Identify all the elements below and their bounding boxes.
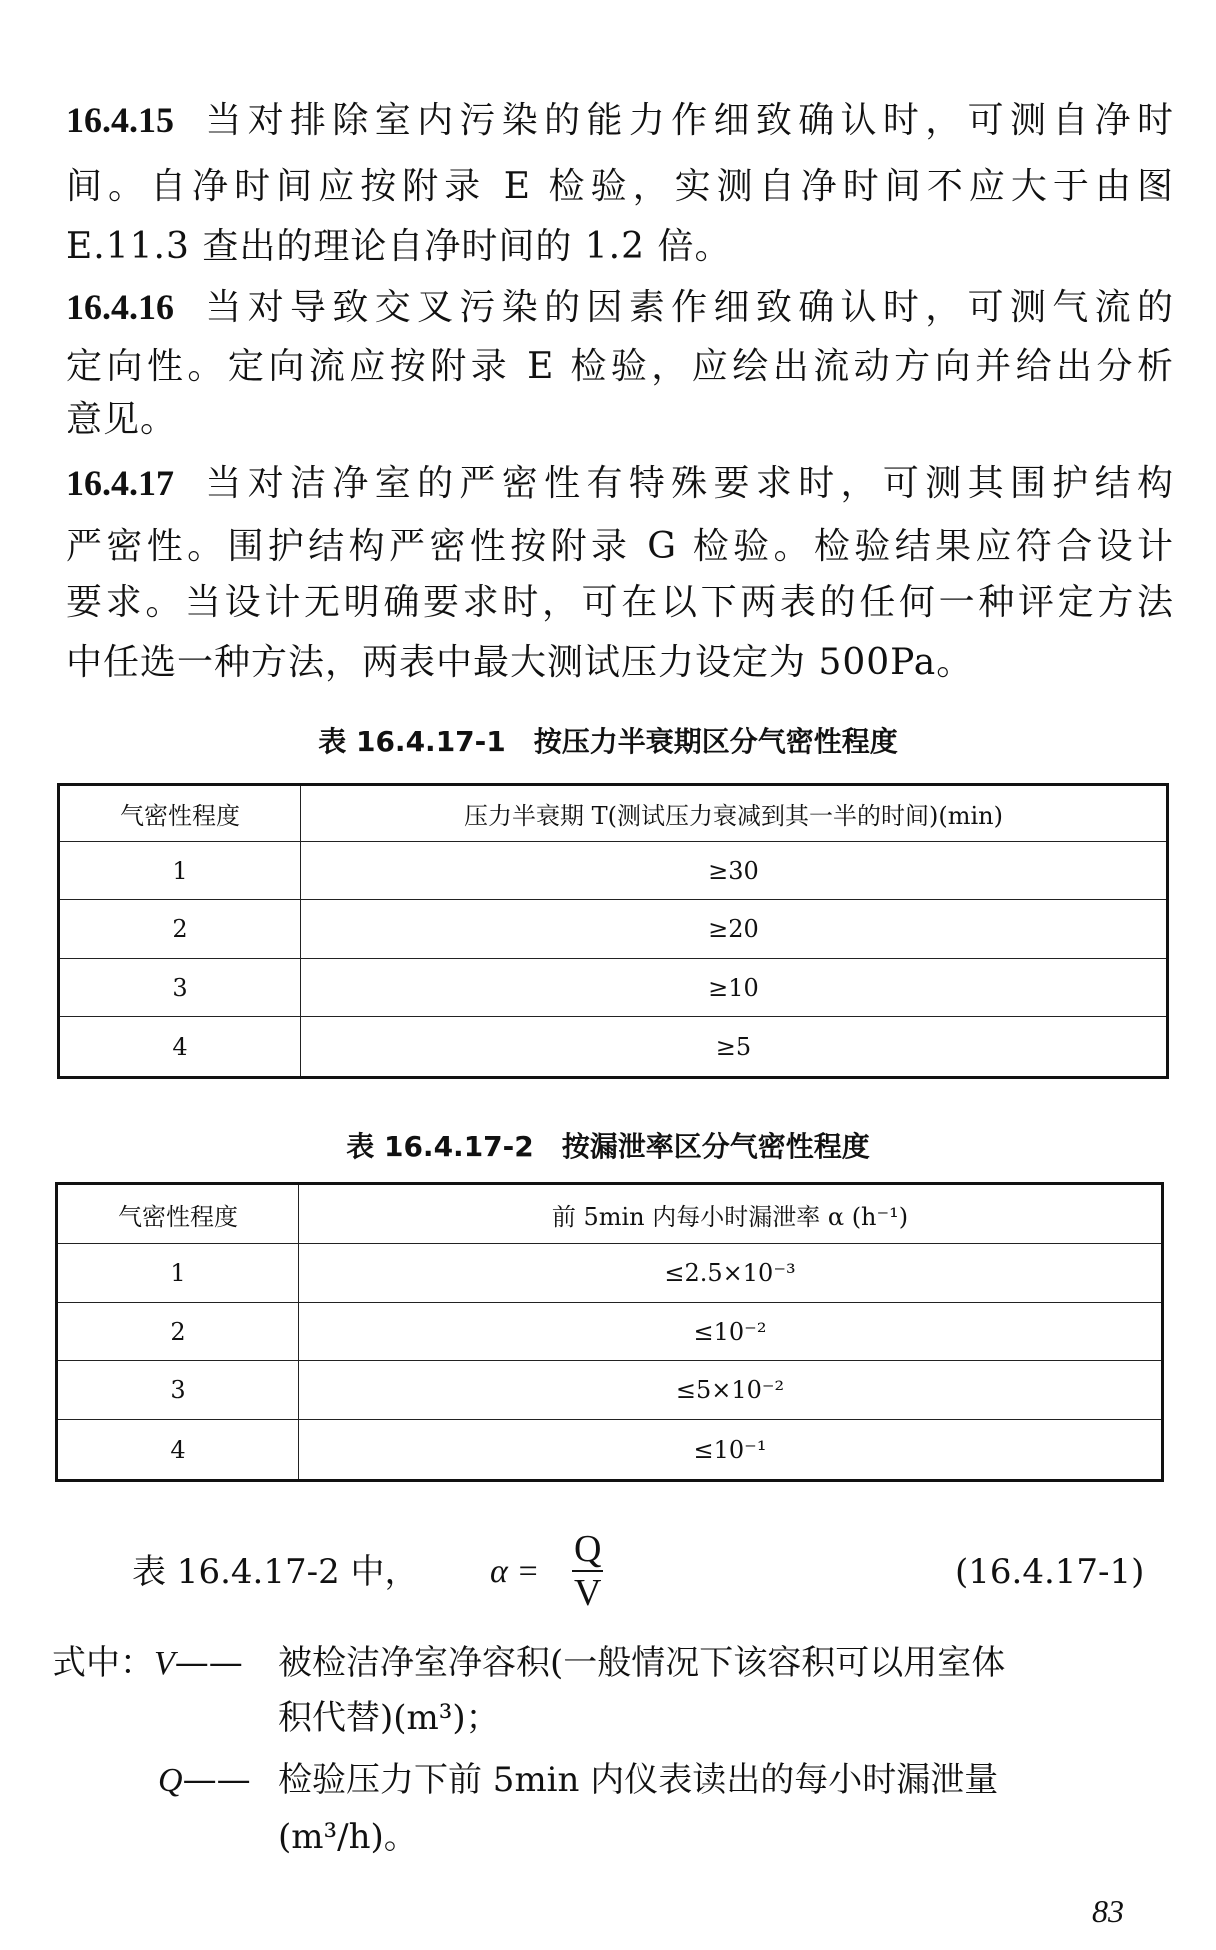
table-row: 4≥5 [59, 1017, 1168, 1078]
para-16-4-15-line-1: 16.4.15当对排除室内污染的能力作细致确认时，可测自净时 [66, 98, 1174, 143]
table-row: 2≥20 [59, 900, 1168, 958]
table-pressure-half-life: 气密性程度 压力半衰期 T(测试压力衰减到其一半的时间)(min) 1≥30 2… [57, 783, 1169, 1079]
table1-header-half-life: 压力半衰期 T(测试压力衰减到其一半的时间)(min) [301, 785, 1168, 842]
table-row: 3≤5×10⁻² [57, 1361, 1163, 1420]
table1-header-level: 气密性程度 [59, 785, 301, 842]
symbol-v: V [154, 1645, 175, 1682]
formula-label: (16.4.17-1) [955, 1550, 1144, 1594]
table2-header-leakage: 前 5min 内每小时漏泄率 α (h⁻¹) [299, 1184, 1163, 1244]
para-16-4-15-line-3: E.11.3 查出的理论自净时间的 1.2 倍。 [66, 225, 1174, 269]
table-row: 4≤10⁻¹ [57, 1420, 1163, 1481]
symbol-q: Q [158, 1762, 183, 1799]
para-16-4-17-line-2: 严密性。围护结构严密性按附录 G 检验。检验结果应符合设计 [66, 525, 1174, 569]
formula-intro: 表 16.4.17-2 中， [132, 1550, 419, 1594]
para-16-4-17-line-1: 16.4.17当对洁净室的严密性有特殊要求时，可测其围护结构 [66, 461, 1174, 506]
page-number: 83 [1092, 1893, 1124, 1930]
table-leakage-rate: 气密性程度 前 5min 内每小时漏泄率 α (h⁻¹) 1≤2.5×10⁻³ … [55, 1182, 1164, 1482]
table1-caption: 表 16.4.17-1 按压力半衰期区分气密性程度 [0, 724, 1216, 760]
para-16-4-17-line-4: 中任选一种方法，两表中最大测试压力设定为 500Pa。 [66, 641, 1174, 685]
formula-fraction: Q V [572, 1528, 603, 1614]
definitions-prefix: 式中：V—— [52, 1641, 243, 1686]
table-row: 2≤10⁻² [57, 1302, 1163, 1361]
para-16-4-17-line-3: 要求。当设计无明确要求时，可在以下两表的任何一种评定方法 [66, 581, 1174, 625]
para-16-4-16-line-1: 16.4.16当对导致交叉污染的因素作细致确认时，可测气流的 [66, 285, 1174, 330]
clause-number: 16.4.15 [66, 100, 174, 140]
table-row: 1≤2.5×10⁻³ [57, 1244, 1163, 1303]
para-16-4-15-line-2: 间。自净时间应按附录 E 检验，实测自净时间不应大于由图 [66, 165, 1174, 209]
para-16-4-16-line-3: 意见。 [66, 398, 1174, 442]
formula-denominator: V [572, 1572, 603, 1614]
definition-q-line-1: 检验压力下前 5min 内仪表读出的每小时漏泄量 [278, 1758, 998, 1802]
clause-number: 16.4.17 [66, 463, 174, 503]
table-row: 1≥30 [59, 842, 1168, 900]
table2-caption: 表 16.4.17-2 按漏泄率区分气密性程度 [0, 1129, 1216, 1165]
table2-header-level: 气密性程度 [57, 1184, 299, 1244]
definition-q-line-2: (m³/h)。 [278, 1815, 418, 1859]
clause-number: 16.4.16 [66, 287, 174, 327]
formula-lhs: α = [490, 1550, 539, 1594]
definition-q-symbol: Q—— [158, 1758, 251, 1803]
para-16-4-16-line-2: 定向性。定向流应按附录 E 检验，应绘出流动方向并给出分析 [66, 345, 1174, 389]
table-row: 3≥10 [59, 958, 1168, 1016]
definition-v-line-2: 积代替)(m³)； [278, 1696, 500, 1740]
definition-v-line-1: 被检洁净室净容积(一般情况下该容积可以用室体 [278, 1641, 1005, 1685]
formula-numerator: Q [572, 1528, 603, 1572]
